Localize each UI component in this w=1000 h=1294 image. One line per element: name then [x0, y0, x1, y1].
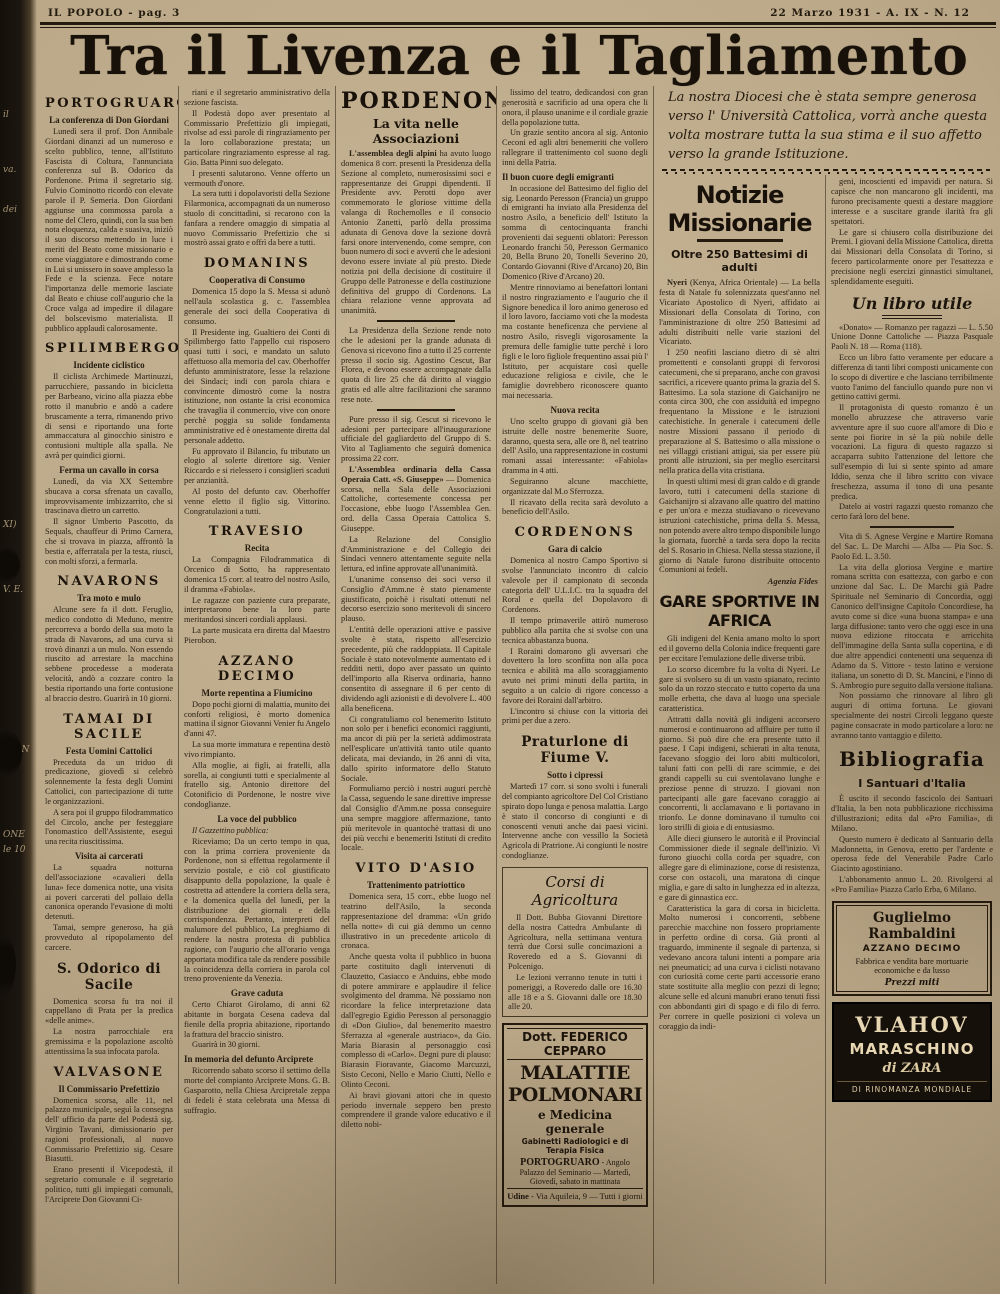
paragraph: Alla moglie, ai figli, ai fratelli, alla…	[184, 761, 330, 810]
paragraph: L'incontro si chiuse con la vittoria dei…	[502, 707, 648, 727]
right-columns: Notizie MissionarieOltre 250 Battesimi d…	[654, 175, 998, 1284]
paragraph: La nostra parrocchiale era gremissima e …	[45, 1027, 173, 1056]
paragraph: L'assemblea degli alpini ha avuto luogo …	[341, 149, 491, 316]
paragraph: Il tempo primaverile attirò numeroso pub…	[502, 616, 648, 645]
paragraph-lead: L'Assemblea ordinaria della Cassa Operai…	[341, 465, 491, 484]
town-heading: SPILIMBERGO	[45, 341, 173, 356]
ad-line: e Medicina generale	[507, 1108, 643, 1136]
ad-city: PORTOGRUARO	[520, 1157, 599, 1168]
diocese-intro: La nostra Diocesi che è stata sempre gen…	[654, 86, 998, 166]
edge-text-fragment: ONE	[3, 830, 25, 840]
heading-underline	[882, 315, 942, 319]
paragraph: Un grazie sentito ancora al sig. Antonio…	[502, 128, 648, 167]
paragraph: Le lezioni verranno tenute in tutti i po…	[508, 973, 642, 1012]
paragraph: Il Podestà dopo aver presentato al Commi…	[184, 109, 330, 168]
paragraph-lead: L'assemblea degli alpini	[349, 149, 437, 158]
sub-heading: Visita ai carcerati	[45, 851, 173, 861]
ad-line: Dott. FEDERICO CEPPARO	[507, 1028, 643, 1060]
paragraph-lead: Nyeri	[667, 278, 687, 287]
sub-heading: Festa Uomini Cattolici	[45, 746, 173, 756]
paragraph: Guarirà in 30 giorni.	[184, 1040, 330, 1050]
town-heading: Praturlone di Fiume V.	[502, 734, 648, 766]
sub-heading: Tra moto e mulo	[45, 593, 173, 603]
sub-heading: Cooperativa di Consumo	[184, 275, 330, 285]
paragraph: Ci congratuliamo col benemerito Istituto…	[341, 715, 491, 784]
paragraph: L'unanime consenso dei soci verso il Con…	[341, 575, 491, 624]
edge-text-fragment: va.	[3, 165, 16, 175]
ad-line: PORTOGRUARO - Angolo Palazzo del Seminar…	[507, 1157, 643, 1186]
paragraph: I Roraini domarono gli avversari che dov…	[502, 647, 648, 706]
column-3: PORDENONELa vita nelle AssociazioniL'ass…	[336, 86, 497, 1284]
town-heading: CORDENONS	[502, 525, 648, 540]
edge-text-fragment: V. E.	[3, 585, 23, 595]
paragraph: Domenica 15 dopo la S. Messa si adunò ne…	[184, 287, 330, 326]
wavy-divider	[662, 169, 990, 174]
paragraph: Il Presidente ing. Gualtiero dei Conti d…	[184, 328, 330, 446]
paragraph: A sera poi il gruppo filodrammatico del …	[45, 808, 173, 847]
paragraph: Lunedì, da via XX Settembre sbucava a co…	[45, 477, 173, 516]
masthead-right: 22 Marzo 1931 - A. IX - N. 12	[770, 7, 970, 19]
italic-heading: Corsi di Agricoltura	[508, 873, 642, 909]
town-heading: DOMANINS	[184, 256, 330, 271]
paragraph: Formuliamo perciò i nostri auguri perchè…	[341, 784, 491, 853]
paragraph: riani e il segretario amministrativo del…	[184, 88, 330, 108]
sub-heading: Recita	[184, 543, 330, 553]
paragraph: Lunedì sera il prof. Don Annibale Giorda…	[45, 127, 173, 333]
paragraph: Anche questa volta il pubblico in buona …	[341, 952, 491, 1090]
paragraph: Le ragazze con paziente cura preparate, …	[184, 596, 330, 625]
right-block: La nostra Diocesi che è stata sempre gen…	[654, 86, 998, 1284]
edge-text-fragment: dei	[3, 205, 17, 215]
sub-heading: Grave caduta	[184, 988, 330, 998]
paragraph: Uno scelto gruppo di giovani già ben ist…	[502, 417, 648, 476]
paragraph: geni, incoscienti ed impavidi per natura…	[831, 177, 993, 226]
ad-vlahov-maraschino: VLAHOVMARASCHINOdi ZARADI RINOMANZA MOND…	[832, 1002, 992, 1102]
sub-heading: In memoria del defunto Arciprete	[184, 1054, 330, 1064]
town-heading: AZZANO DECIMO	[184, 654, 330, 684]
ad-line: Gabinetti Radiologici e di Terapia Fisic…	[507, 1137, 643, 1155]
paragraph: Il ciclista Archimede Martinuzzi, parruc…	[45, 372, 173, 460]
paragraph: Gli indigeni del Kenia amano molto lo sp…	[659, 634, 820, 663]
paragraph: Alle dieci giunsero le autorità e il Pro…	[659, 834, 820, 903]
town-heading: NAVARONS	[45, 574, 173, 589]
sub-heading: Morte repentina a Fiumicino	[184, 688, 330, 698]
paragraph: Martedì 17 corr. si sono svolti i funera…	[502, 782, 648, 861]
column-5: Notizie MissionarieOltre 250 Battesimi d…	[654, 175, 826, 1284]
sub-heading: Oltre 250 Battesimi di adulti	[659, 248, 820, 274]
paragraph: Il ricavato della recita sarà devoluto a…	[502, 498, 648, 518]
paragraph: La vita della gloriosa Vergine e martire…	[831, 563, 993, 691]
town-heading: TAMAI DI SACILE	[45, 712, 173, 742]
paragraph: La parte musicata era diretta dal Maestr…	[184, 626, 330, 646]
paragraph: L'Assemblea ordinaria della Cassa Operai…	[341, 465, 491, 534]
ad-line: Udine - Via Aquileia, 9 — Tutti i giorni	[507, 1188, 643, 1201]
ad-line: DI RINOMANZA MONDIALE	[837, 1081, 987, 1094]
column-rule	[377, 409, 455, 411]
paragraph: Vita di S. Agnese Vergine e Martire Roma…	[831, 532, 993, 561]
paragraph: I presenti salutarono. Venne offerto un …	[184, 169, 330, 189]
city-heading: PORDENONE	[341, 88, 491, 114]
paragraph: La sua morte immatura e repentina destò …	[184, 740, 330, 760]
paragraph: Il Dott. Bubba Giovanni Direttore della …	[508, 913, 642, 972]
columns: PORTOGRUAROLa conferenza di Don Giordani…	[40, 86, 998, 1284]
page-fold-edge: ilva.deiXI)TTIV. E.LLANONEle 10tti	[0, 0, 37, 1294]
ad-line: AZZANO DECIMO	[838, 944, 986, 954]
ad-line: di ZARA	[837, 1061, 987, 1076]
paragraph: Lo scorso dicembre fu la volta di Nyeri.…	[659, 665, 820, 714]
sub-heading: Nuova recita	[502, 405, 648, 415]
paragraph: I 250 neofiti lasciano dietro di sè altr…	[659, 348, 820, 476]
paragraph: Ecco un libro fatto veramente per educar…	[831, 353, 993, 402]
sub-heading: Trattenimento patriottico	[341, 880, 491, 890]
paragraph: In questi ultimi mesi di gran caldo e di…	[659, 477, 820, 575]
paragraph: La sera tutti i dopolavoristi della Sezi…	[184, 189, 330, 248]
heading-underline	[697, 239, 783, 242]
paragraph: Questo numero è dedicato al Santuario de…	[831, 835, 993, 874]
paragraph: Pure presso il sig. Cescut si ricevono l…	[341, 415, 491, 464]
paragraph: La Compagnia Filodrammatica di Orcenico …	[184, 555, 330, 594]
column-rule	[377, 320, 455, 322]
town-heading: VITO D'ASIO	[341, 861, 491, 876]
town-heading: S. Odorico di Sacile	[45, 961, 173, 993]
agency-signature: Agenzia Fides	[659, 576, 818, 586]
display-heading: GARE SPORTIVE IN AFRICA	[659, 592, 820, 630]
edge-text-fragment: XI)	[3, 520, 16, 530]
masthead: IL POPOLO - pag. 3 22 Marzo 1931 - A. IX…	[0, 0, 1000, 19]
sub-heading: La voce del pubblico	[184, 814, 330, 824]
paragraph: Domenica scorsa fu tra noi il cappellano…	[45, 997, 173, 1026]
paragraph: lissimo del teatro, dedicandosi con gran…	[502, 88, 648, 127]
paragraph: Il protagonista di questo romanzo è un m…	[831, 403, 993, 501]
ad-rambaldini: Guglielmo RambaldiniAZZANO DECIMOFabbric…	[832, 901, 992, 996]
town-heading: VALVASONE	[45, 1065, 173, 1080]
paragraph: Domenica al nostro Campo Sportivo si svo…	[502, 556, 648, 615]
paragraph: Datelo ai vostri ragazzi questo romanzo …	[831, 502, 993, 522]
paragraph: Le gare si chiusero colla distribuzione …	[831, 228, 993, 287]
town-heading: TRAVESIO	[184, 524, 330, 539]
column-2: riani e il segretario amministrativo del…	[179, 86, 336, 1284]
paragraph: Certo Chiarot Girolamo, di anni 62 abita…	[184, 1000, 330, 1039]
sub-heading: La conferenza di Don Giordani	[45, 115, 173, 125]
paragraph: L'entità delle operazioni attive e passi…	[341, 625, 491, 713]
column-6: geni, incoscienti ed impavidi per natura…	[826, 175, 998, 1284]
paragraph: «Donato» — Romanzo per ragazzi — L. 5.50…	[831, 323, 993, 352]
paragraph: Domenica scorsa, alle 11, nel palazzo mu…	[45, 1096, 173, 1165]
display-heading: Notizie Missionarie	[659, 181, 820, 237]
paragraph: Dopo pochi giorni di malattia, munito de…	[184, 700, 330, 739]
ad-line: MALATTIE POLMONARI	[507, 1062, 643, 1106]
paragraph: La squadra notturna dell'associazione «c…	[45, 863, 173, 922]
paragraph: Tamai, sempre generoso, ha già provvedut…	[45, 923, 173, 952]
paragraph: La Presidenza della Sezione rende noto c…	[341, 326, 491, 405]
ad-malattie-polmonari: Dott. FEDERICO CEPPAROMALATTIE POLMONARI…	[502, 1023, 648, 1207]
display-heading: Bibliografia	[831, 747, 993, 771]
sub-heading: Il buon cuore degli emigranti	[502, 172, 648, 182]
paragraph: Caratteristica la gara di corsa in bicic…	[659, 904, 820, 1032]
sub-heading: Incidente ciclistico	[45, 360, 173, 370]
paragraph: Il signor Umberto Pascotto, da Sequals, …	[45, 517, 173, 566]
paragraph: Non possiamo che rinnovare al libro gli …	[831, 691, 993, 740]
paragraph: Preceduta da un triduo di predicazione, …	[45, 758, 173, 807]
paragraph: Erano presenti il Vicepodestà, il segret…	[45, 1165, 173, 1204]
paragraph: Attratti dalla novità gli indigeni accor…	[659, 715, 820, 833]
column-rule	[870, 526, 954, 528]
sub-heading: I Santuari d'Italia	[831, 777, 993, 790]
paragraph: Nyeri (Kenya, Africa Orientale) — La bel…	[659, 278, 820, 347]
ad-line: MARASCHINO	[837, 1040, 987, 1058]
column-4: lissimo del teatro, dedicandosi con gran…	[497, 86, 654, 1284]
paragraph: Alcune sere fa il dott. Feruglio, medico…	[45, 605, 173, 703]
ad-line: Guglielmo Rambaldini	[838, 910, 986, 942]
paragraph: Riceviamo; Da un certo tempo in qua, con…	[184, 837, 330, 984]
ad-city: Udine	[507, 1191, 529, 1201]
edge-text-fragment: le 10	[3, 845, 26, 855]
paragraph-italic: Il Gazzettino pubblica:	[184, 826, 330, 836]
section-heading: La vita nelle Associazioni	[341, 116, 491, 146]
sub-heading: Il Commissario Prefettizio	[45, 1084, 173, 1094]
newspaper-page: ilva.deiXI)TTIV. E.LLANONEle 10tti IL PO…	[0, 0, 1000, 1294]
paragraph: In occasione del Battesimo del figlio de…	[502, 184, 648, 282]
edge-text-fragment: il	[3, 110, 9, 120]
masthead-left: IL POPOLO - pag. 3	[48, 7, 180, 19]
paragraph: L'abbonamento annuo L. 20. Rivolgersi al…	[831, 875, 993, 895]
page-headline: Tra il Livenza e il Tagliamento	[38, 28, 1000, 83]
sub-heading: Sotto i cipressi	[502, 770, 648, 780]
paragraph: Ricorrendo sabato scorso il settimo dell…	[184, 1066, 330, 1115]
paragraph: È uscito il secondo fascicolo dei Santua…	[831, 794, 993, 833]
paragraph: Al posto del defunto cav. Oberhoffer ven…	[184, 487, 330, 516]
paragraph: Fu approvato il Bilancio, fu tributato u…	[184, 447, 330, 486]
italic-heading: Un libro utile	[831, 294, 993, 313]
town-heading: PORTOGRUARO	[45, 96, 173, 111]
paragraph: Domenica sera, 15 corr., ebbe luogo nel …	[341, 892, 491, 951]
ad-line: VLAHOV	[837, 1012, 987, 1037]
sub-heading: Ferma un cavallo in corsa	[45, 465, 173, 475]
ad-line: Prezzi miti	[838, 978, 986, 988]
paragraph: Seguiranno alcune macchiette, organizzat…	[502, 477, 648, 497]
column-1: PORTOGRUAROLa conferenza di Don Giordani…	[40, 86, 179, 1284]
sub-heading: Gara di calcio	[502, 544, 648, 554]
agriculture-box: Corsi di AgricolturaIl Dott. Bubba Giova…	[502, 867, 648, 1017]
paragraph: Mentre rinnoviamo ai benefattori lontani…	[502, 283, 648, 401]
ad-line: Fabbrica e vendita bare mortuarie econom…	[838, 957, 986, 975]
paragraph: La Relazione del Consiglio d'Amministraz…	[341, 535, 491, 574]
paragraph: Ai bravi giovani attori che in questo pe…	[341, 1091, 491, 1130]
